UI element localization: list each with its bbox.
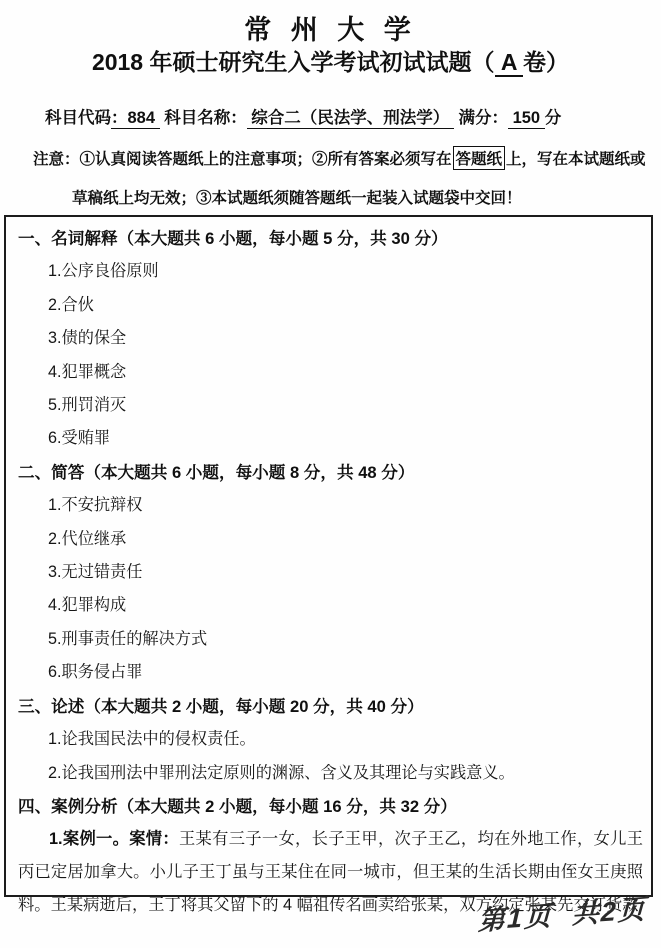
question-item: 4.犯罪概念 [18, 356, 643, 389]
full-score-unit: 分 [545, 109, 562, 127]
question-item: 1.公序良俗原则 [18, 255, 643, 288]
section-2-heading: 二、简答（本大题共 6 小题，每小题 8 分，共 48 分） [18, 456, 643, 489]
notice-line-1: 注意：①认真阅读答题纸上的注意事项；②所有答案必须写在答题纸上，写在本试题纸或 [33, 146, 653, 170]
section-4-heading: 四、案例分析（本大题共 2 小题，每小题 16 分，共 32 分） [18, 790, 643, 823]
question-item: 2.论我国刑法中罪刑法定原则的渊源、含义及其理论与实践意义。 [18, 757, 643, 790]
question-item: 6.受贿罪 [18, 422, 643, 455]
notice-line-2: 草稿纸上均无效；③本试题纸须随答题纸一起装入试题袋中交回！ [72, 186, 653, 208]
section-3-heading: 三、论述（本大题共 2 小题，每小题 20 分，共 40 分） [18, 690, 643, 723]
subject-info-line: 科目代码：884 科目名称： 综合二（民法学、刑法学） 满分： 150 分 [45, 104, 641, 128]
question-item: 3.无过错责任 [18, 556, 643, 589]
question-item: 5.刑事责任的解决方式 [18, 623, 643, 656]
notice-line1-post: 上，写在本试题纸或 [506, 151, 646, 168]
section-1-heading: 一、名词解释（本大题共 6 小题，每小题 5 分，共 30 分） [18, 222, 643, 255]
subject-name-value: 综合二（民法学、刑法学） [247, 109, 454, 129]
exam-paper-page: 常 州 大 学 2018 年硕士研究生入学考试初试试题（ A 卷） 科目代码：8… [0, 0, 661, 948]
question-item: 5.刑罚消灭 [18, 389, 643, 422]
answer-sheet-boxed-term: 答题纸 [453, 146, 506, 170]
notice-line1-pre: 注意：①认真阅读答题纸上的注意事项；②所有答案必须写在 [33, 151, 452, 168]
case-lead: 1.案例一。案情： [49, 830, 179, 848]
question-paper-body: 一、名词解释（本大题共 6 小题，每小题 5 分，共 30 分） 1.公序良俗原… [4, 215, 653, 897]
exam-title-suffix: 卷） [523, 49, 569, 75]
question-item: 6.职务侵占罪 [18, 656, 643, 689]
question-item: 1.不安抗辩权 [18, 489, 643, 522]
subject-name-label: 科目名称： [160, 109, 247, 127]
exam-title-prefix: 2018 年硕士研究生入学考试初试试题（ [92, 49, 495, 75]
subject-code-label: 科目代码 [45, 109, 111, 127]
paper-version: A [495, 49, 524, 77]
question-item: 1.论我国民法中的侵权责任。 [18, 723, 643, 756]
question-item: 2.合伙 [18, 289, 643, 322]
question-item: 2.代位继承 [18, 523, 643, 556]
full-score-value: 150 [508, 109, 545, 129]
subject-code-value: ：884 [111, 109, 160, 129]
question-item: 4.犯罪构成 [18, 589, 643, 622]
university-title: 常 州 大 学 [0, 8, 661, 47]
full-score-label: 满分： [454, 109, 508, 127]
question-item: 3.债的保全 [18, 322, 643, 355]
exam-title: 2018 年硕士研究生入学考试初试试题（ A 卷） [0, 44, 661, 77]
